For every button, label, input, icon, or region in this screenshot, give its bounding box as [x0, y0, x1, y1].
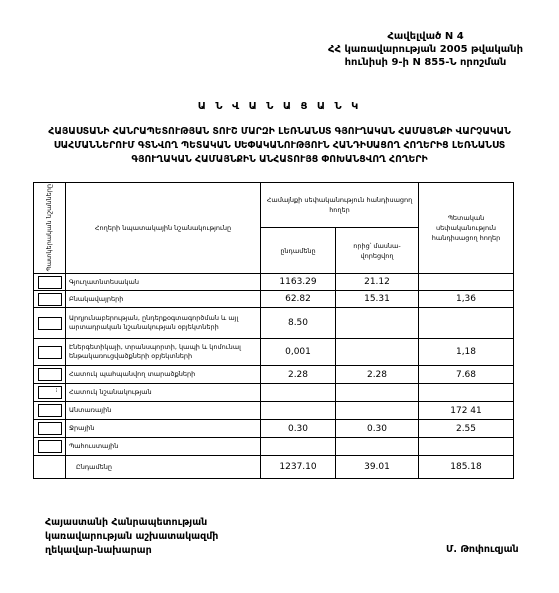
header-symbols: Պատկերական նշանները [34, 183, 66, 274]
table-row: Անտառային172 41 [34, 402, 514, 420]
totals-row: Ընդամենը1237.1039.01185.18 [34, 456, 514, 479]
document-subtitle: ՀԱՅԱՍՏԱՆԻ ՀԱՆՐԱՊԵՏՈՒԹՅԱՆ ՏՈՒՇ ՄԱՐԶԻ ԼԵՌՆ… [0, 125, 559, 167]
symbol-cell [34, 308, 66, 339]
subtitle-line-3: ԳՅՈՒՂԱԿԱՆ ՀԱՄԱՅՆՔԻՆ ԱՆՀԱՏՈՒՅՑ ՓՈԽԱՆՑՎՈՂ … [0, 153, 559, 167]
legend-swatch-icon: ⁝ [38, 386, 62, 399]
of-which-cell [336, 438, 419, 456]
of-which-cell [336, 308, 419, 339]
category-cell: Ջրային [66, 420, 261, 438]
category-cell: Հատուկ պահպանվող տարածքների [66, 366, 261, 384]
table-row: Էներգետիկայի, տրանսպորտի, կապի և կոմունա… [34, 339, 514, 366]
symbol-cell [34, 402, 66, 420]
state-cell [419, 274, 514, 291]
symbol-cell [34, 456, 66, 479]
header-land-category: Հողերի նպատակային նշանակությունը [66, 183, 261, 274]
annex-decision: հունիսի 9-ի N 855-Ն որոշման [318, 56, 533, 69]
annex-reference: Հավելված N 4 ՀՀ կառավարության 2005 թվակա… [318, 30, 533, 69]
legend-swatch-icon [38, 440, 62, 453]
state-cell: 7.68 [419, 366, 514, 384]
state-cell [419, 384, 514, 402]
signer-title-line-1: Հայաստանի Հանրապետության [45, 516, 218, 530]
table-row: Ջրային0.300.302.55 [34, 420, 514, 438]
table-row: Գյուղատնտեսական1163.2921.12 [34, 274, 514, 291]
signer-name: Մ. Թոփուզյան [446, 544, 519, 555]
totals-state: 185.18 [419, 456, 514, 479]
state-cell: 2.55 [419, 420, 514, 438]
legend-swatch-icon [38, 346, 62, 359]
annex-government: ՀՀ կառավարության 2005 թվականի [318, 43, 533, 56]
legend-swatch-icon [38, 422, 62, 435]
category-cell: Գյուղատնտեսական [66, 274, 261, 291]
table-row: Պահուստային [34, 438, 514, 456]
table-row: Հատուկ պահպանվող տարածքների2.282.287.68 [34, 366, 514, 384]
of-which-cell [336, 339, 419, 366]
legend-swatch-icon [38, 317, 62, 330]
category-cell: Անտառային [66, 402, 261, 420]
of-which-cell [336, 384, 419, 402]
totals-of-which: 39.01 [336, 456, 419, 479]
signer-title-line-3: ղեկավար-նախարար [45, 544, 218, 558]
table-row: ⁝Հատուկ նշանակության [34, 384, 514, 402]
land-table: Պատկերական նշանները Հողերի նպատակային նշ… [33, 182, 514, 479]
of-which-cell: 2.28 [336, 366, 419, 384]
signer-title-line-2: կառավարության աշխատակազմի [45, 530, 218, 544]
symbol-cell [34, 339, 66, 366]
of-which-cell [336, 402, 419, 420]
total-cell: 8.50 [261, 308, 336, 339]
total-cell: 1163.29 [261, 274, 336, 291]
annex-number: Հավելված N 4 [318, 30, 533, 43]
total-cell: 2.28 [261, 366, 336, 384]
symbol-cell [34, 438, 66, 456]
of-which-cell: 15.31 [336, 291, 419, 308]
state-cell: 1,36 [419, 291, 514, 308]
header-total: ընդամենը [261, 228, 336, 274]
header-of-which: որից՝ մասնա-վորեցվող [336, 228, 419, 274]
signature-block: Հայաստանի Հանրապետության կառավարության ա… [45, 516, 218, 558]
symbol-cell [34, 291, 66, 308]
category-cell: Արդյունաբերության, ընդերքօգտագործման և ա… [66, 308, 261, 339]
of-which-cell: 0.30 [336, 420, 419, 438]
legend-swatch-icon [38, 293, 62, 306]
subtitle-line-2: ՍԱՀՄԱՆՆԵՐՈՒՄ ԳՏՆՎՈՂ ՊԵՏԱԿԱՆ ՍԵՓԱԿԱՆՈՒԹՅՈ… [0, 139, 559, 153]
of-which-cell: 21.12 [336, 274, 419, 291]
legend-swatch-icon [38, 276, 62, 289]
state-cell: 1,18 [419, 339, 514, 366]
state-cell: 172 41 [419, 402, 514, 420]
symbol-cell [34, 366, 66, 384]
document-title: Ա Ն Վ Ա Ն Ա Ց Ա Ն Կ [0, 101, 559, 112]
header-community-owned: Համայնքի սեփականություն հանդիսացող հողեր [261, 183, 419, 228]
legend-swatch-icon [38, 404, 62, 417]
symbol-cell [34, 420, 66, 438]
category-cell: Էներգետիկայի, տրանսպորտի, կապի և կոմունա… [66, 339, 261, 366]
totals-label: Ընդամենը [66, 456, 261, 479]
total-cell [261, 384, 336, 402]
totals-total: 1237.10 [261, 456, 336, 479]
table-row: Արդյունաբերության, ընդերքօգտագործման և ա… [34, 308, 514, 339]
total-cell: 0.30 [261, 420, 336, 438]
state-cell [419, 308, 514, 339]
total-cell: 0,001 [261, 339, 336, 366]
total-cell [261, 402, 336, 420]
subtitle-line-1: ՀԱՅԱՍՏԱՆԻ ՀԱՆՐԱՊԵՏՈՒԹՅԱՆ ՏՈՒՇ ՄԱՐԶԻ ԼԵՌՆ… [0, 125, 559, 139]
legend-swatch-icon [38, 368, 62, 381]
category-cell: Պահուստային [66, 438, 261, 456]
total-cell [261, 438, 336, 456]
symbol-cell [34, 274, 66, 291]
table-row: Բնակավայրերի62.8215.311,36 [34, 291, 514, 308]
header-state-owned: Պետական սեփականություն հանդիսացող հողեր [419, 183, 514, 274]
symbol-cell: ⁝ [34, 384, 66, 402]
category-cell: Հատուկ նշանակության [66, 384, 261, 402]
category-cell: Բնակավայրերի [66, 291, 261, 308]
state-cell [419, 438, 514, 456]
total-cell: 62.82 [261, 291, 336, 308]
